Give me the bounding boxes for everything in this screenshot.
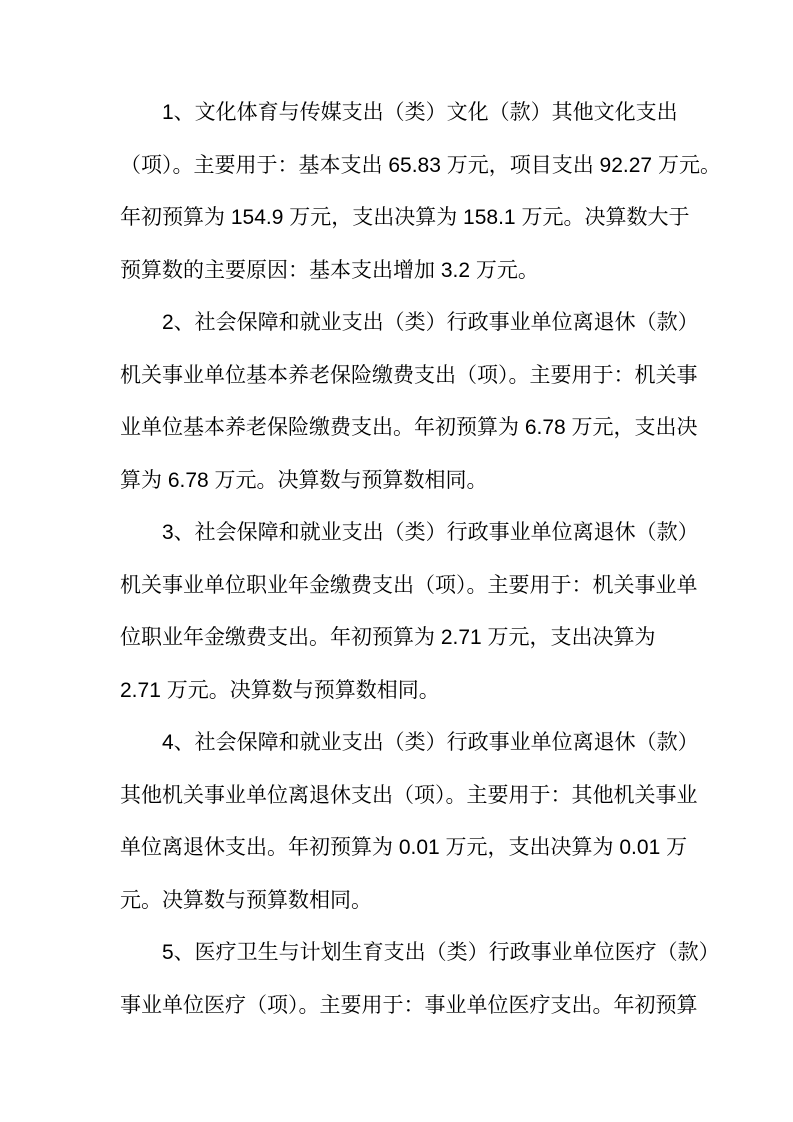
paragraph: 2、社会保障和就业支出（类）行政事业单位离退休（款）机关事业单位基本养老保险缴费… — [120, 297, 680, 507]
paragraph: 5、医疗卫生与计划生育支出（类）行政事业单位医疗（款）事业单位医疗（项）。主要用… — [120, 927, 680, 1032]
paragraph: 1、文化体育与传媒支出（类）文化（款）其他文化支出（项）。主要用于：基本支出 6… — [120, 87, 680, 297]
document-page: 1、文化体育与传媒支出（类）文化（款）其他文化支出（项）。主要用于：基本支出 6… — [0, 0, 793, 1122]
text-line: 3、社会保障和就业支出（类）行政事业单位离退休（款） — [120, 507, 680, 560]
text-line: 年初预算为 154.9 万元，支出决算为 158.1 万元。决算数大于 — [120, 192, 680, 245]
text-line: 其他机关事业单位离退休支出（项）。主要用于：其他机关事业 — [120, 770, 680, 823]
text-line: 事业单位医疗（项）。主要用于：事业单位医疗支出。年初预算 — [120, 980, 680, 1033]
text-line: 预算数的主要原因：基本支出增加 3.2 万元。 — [120, 245, 680, 298]
text-line: 1、文化体育与传媒支出（类）文化（款）其他文化支出 — [120, 87, 680, 140]
text-line: 5、医疗卫生与计划生育支出（类）行政事业单位医疗（款） — [120, 927, 680, 980]
paragraph: 4、社会保障和就业支出（类）行政事业单位离退休（款）其他机关事业单位离退休支出（… — [120, 717, 680, 927]
text-line: （项）。主要用于：基本支出 65.83 万元，项目支出 92.27 万元。 — [120, 140, 680, 193]
paragraph: 3、社会保障和就业支出（类）行政事业单位离退休（款）机关事业单位职业年金缴费支出… — [120, 507, 680, 717]
text-line: 2、社会保障和就业支出（类）行政事业单位离退休（款） — [120, 297, 680, 350]
text-line: 位职业年金缴费支出。年初预算为 2.71 万元，支出决算为 — [120, 612, 680, 665]
text-line: 4、社会保障和就业支出（类）行政事业单位离退休（款） — [120, 717, 680, 770]
text-line: 机关事业单位基本养老保险缴费支出（项）。主要用于：机关事 — [120, 350, 680, 403]
text-line: 元。决算数与预算数相同。 — [120, 875, 680, 928]
document-body: 1、文化体育与传媒支出（类）文化（款）其他文化支出（项）。主要用于：基本支出 6… — [120, 87, 680, 1032]
text-line: 算为 6.78 万元。决算数与预算数相同。 — [120, 455, 680, 508]
text-line: 2.71 万元。决算数与预算数相同。 — [120, 665, 680, 718]
text-line: 机关事业单位职业年金缴费支出（项）。主要用于：机关事业单 — [120, 560, 680, 613]
text-line: 单位离退休支出。年初预算为 0.01 万元，支出决算为 0.01 万 — [120, 822, 680, 875]
text-line: 业单位基本养老保险缴费支出。年初预算为 6.78 万元，支出决 — [120, 402, 680, 455]
